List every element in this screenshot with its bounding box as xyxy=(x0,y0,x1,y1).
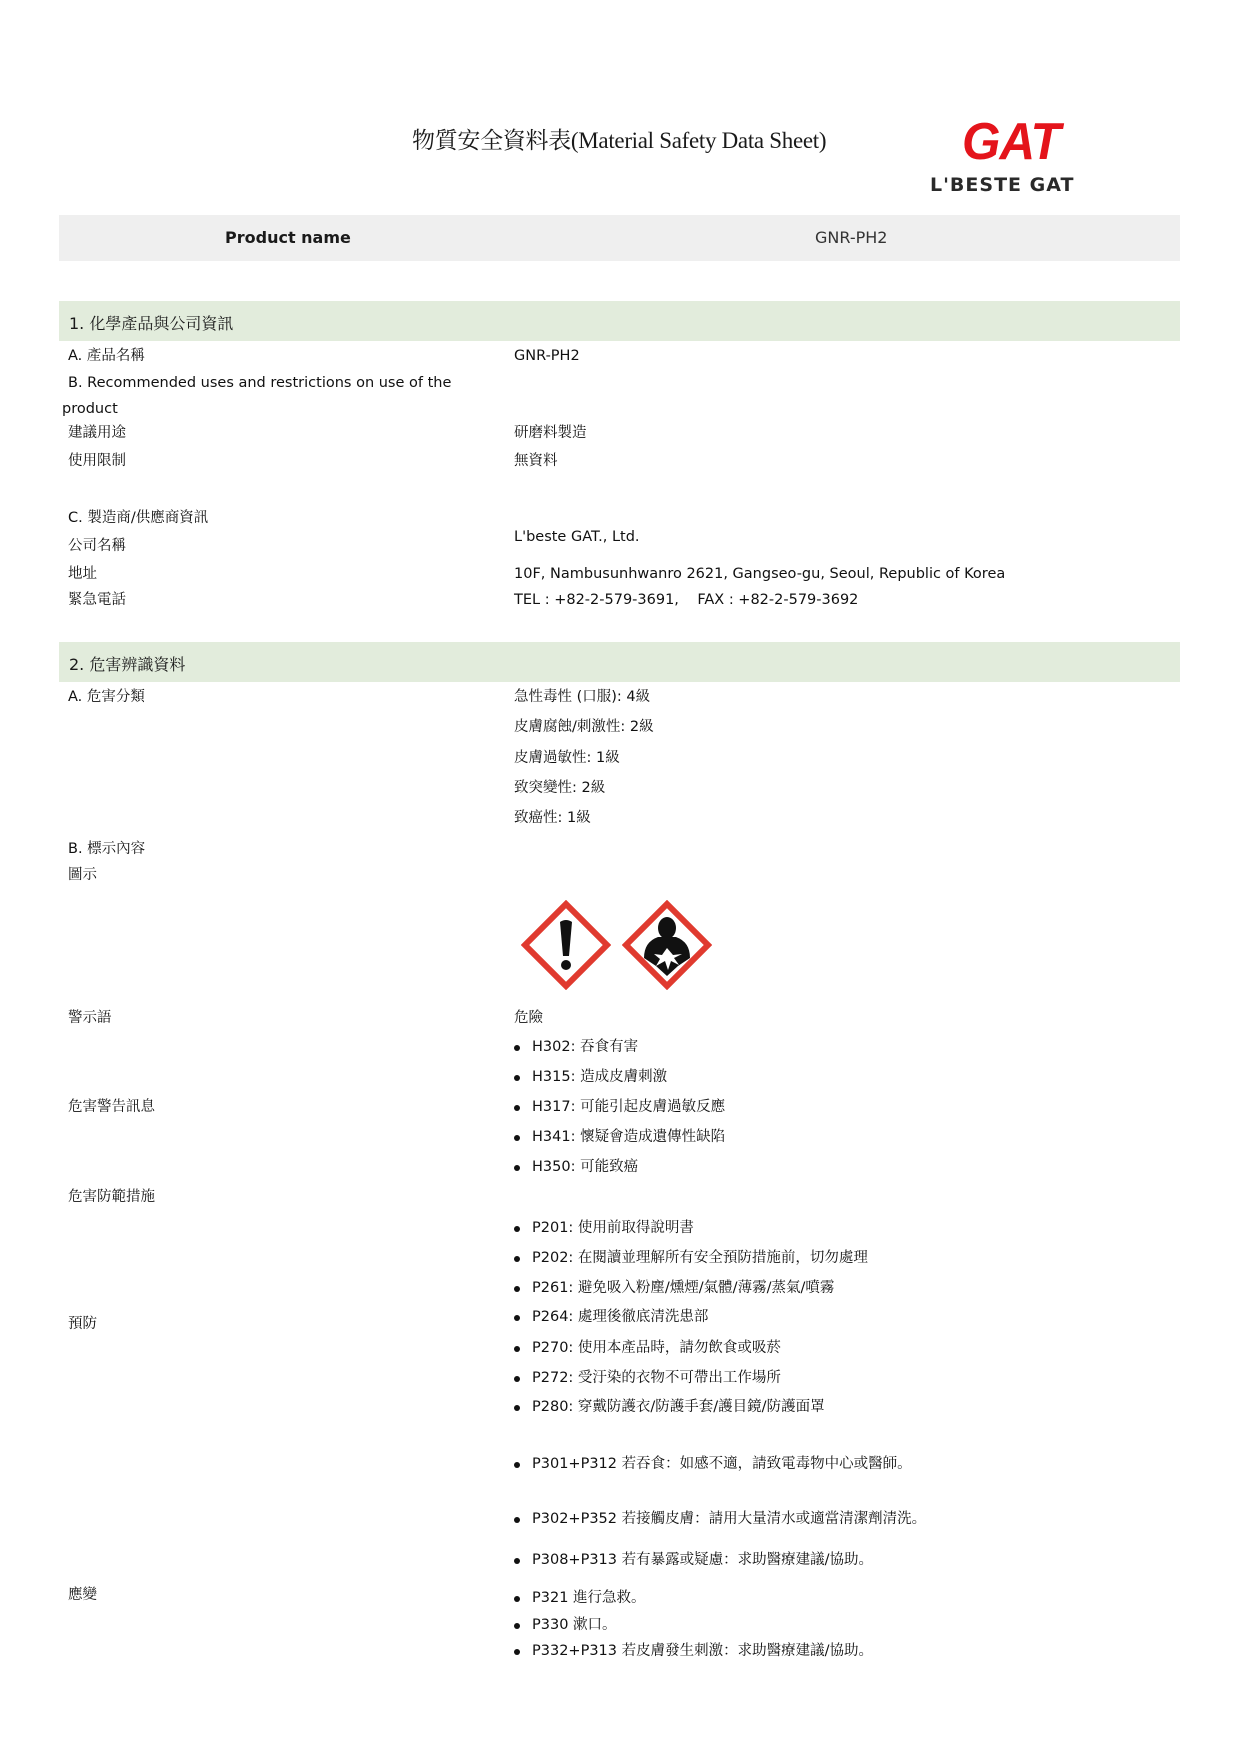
classification-item: 皮膚腐蝕/刺激性: 2級 xyxy=(514,717,654,737)
prevention-statement: P270: 使用本產品時，請勿飲食或吸菸 xyxy=(514,1338,781,1358)
company-name-value: L'beste GAT., Ltd. xyxy=(514,527,640,547)
prevention-label: 預防 xyxy=(68,1314,97,1334)
product-name-value: GNR-PH2 xyxy=(815,228,887,247)
classification-item: 急性毒性 (口服): 4級 xyxy=(514,687,650,707)
hazard-statement: H350: 可能致癌 xyxy=(514,1157,638,1177)
product-name-label: Product name xyxy=(225,228,351,247)
prevention-statement: P272: 受汙染的衣物不可帶出工作場所 xyxy=(514,1368,781,1388)
logo-wordmark: L'BESTE GAT xyxy=(930,174,1074,196)
prevention-statement: P201: 使用前取得說明書 xyxy=(514,1218,694,1238)
emergency-phone-value: TEL : +82-2-579-3691, FAX : +82-2-579-36… xyxy=(514,590,858,610)
classification-item: 致突變性: 2級 xyxy=(514,778,605,798)
precautionary-statements-label: 危害防範措施 xyxy=(68,1187,155,1207)
response-statement: P332+P313 若皮膚發生刺激：求助醫療建議/協助。 xyxy=(514,1641,873,1661)
section-2-title: 2. 危害辨識資料 xyxy=(69,652,185,675)
hazard-statement: H317: 可能引起皮膚過敏反應 xyxy=(514,1097,725,1117)
prevention-statement: P280: 穿戴防護衣/防護手套/護目鏡/防護面罩 xyxy=(514,1397,825,1417)
section-1-title: 1. 化學產品與公司資訊 xyxy=(69,311,233,334)
company-name-label: 公司名稱 xyxy=(68,536,126,556)
section-1-header: 1. 化學產品與公司資訊 xyxy=(59,301,1180,341)
signal-word-value: 危險 xyxy=(514,1008,543,1028)
address-value: 10F, Nambusunhwanro 2621, Gangseo-gu, Se… xyxy=(514,564,1005,584)
logo-mark: GAT xyxy=(962,112,1060,172)
label-elements-label: B. 標示內容 xyxy=(68,839,145,859)
response-statement: P301+P312 若吞食：如感不適，請致電毒物中心或醫師。 xyxy=(514,1454,912,1474)
classification-item: 致癌性: 1級 xyxy=(514,808,591,828)
product-identifier-label: A. 產品名稱 xyxy=(68,346,145,366)
company-logo: GAT L'BESTE GAT xyxy=(928,118,1108,198)
recommended-uses-label-cont: product xyxy=(62,399,118,419)
prevention-statement: P264: 處理後徹底清洗患部 xyxy=(514,1307,708,1327)
exclamation-mark-pictogram-icon xyxy=(521,900,611,990)
use-restriction-label: 使用限制 xyxy=(68,451,126,471)
product-name-bar: Product name GNR-PH2 xyxy=(59,215,1180,261)
address-label: 地址 xyxy=(68,564,97,584)
recommended-use-value: 研磨料製造 xyxy=(514,423,587,443)
health-hazard-pictogram-icon xyxy=(622,900,712,990)
prevention-statement: P202: 在閱讀並理解所有安全預防措施前，切勿處理 xyxy=(514,1248,868,1268)
supplier-info-label: C. 製造商/供應商資訊 xyxy=(68,508,208,528)
pictogram-label: 圖示 xyxy=(68,865,97,885)
recommended-use-label: 建議用途 xyxy=(68,423,126,443)
hazard-statement: H341: 懷疑會造成遺傳性缺陷 xyxy=(514,1127,725,1147)
response-statement: P302+P352 若接觸皮膚：請用大量清水或適當清潔劑清洗。 xyxy=(514,1509,926,1529)
response-label: 應變 xyxy=(68,1585,97,1605)
hazard-classification-label: A. 危害分類 xyxy=(68,687,145,707)
hazard-statements-label: 危害警告訊息 xyxy=(68,1097,155,1117)
hazard-statement: H315: 造成皮膚刺激 xyxy=(514,1067,667,1087)
document-title: 物質安全資料表(Material Safety Data Sheet) xyxy=(412,122,826,155)
prevention-statement: P261: 避免吸入粉塵/燻煙/氣體/薄霧/蒸氣/噴霧 xyxy=(514,1278,834,1298)
use-restriction-value: 無資料 xyxy=(514,451,558,471)
response-statement: P308+P313 若有暴露或疑慮：求助醫療建議/協助。 xyxy=(514,1550,873,1570)
product-identifier-value: GNR-PH2 xyxy=(514,346,580,366)
emergency-phone-label: 緊急電話 xyxy=(68,590,126,610)
response-statement: P321 進行急救。 xyxy=(514,1588,646,1608)
section-2-header: 2. 危害辨識資料 xyxy=(59,642,1180,682)
recommended-uses-label: B. Recommended uses and restrictions on … xyxy=(68,373,451,393)
hazard-statement: H302: 吞食有害 xyxy=(514,1037,638,1057)
classification-item: 皮膚過敏性: 1級 xyxy=(514,748,620,768)
signal-word-label: 警示語 xyxy=(68,1008,112,1028)
response-statement: P330 漱口。 xyxy=(514,1615,617,1635)
